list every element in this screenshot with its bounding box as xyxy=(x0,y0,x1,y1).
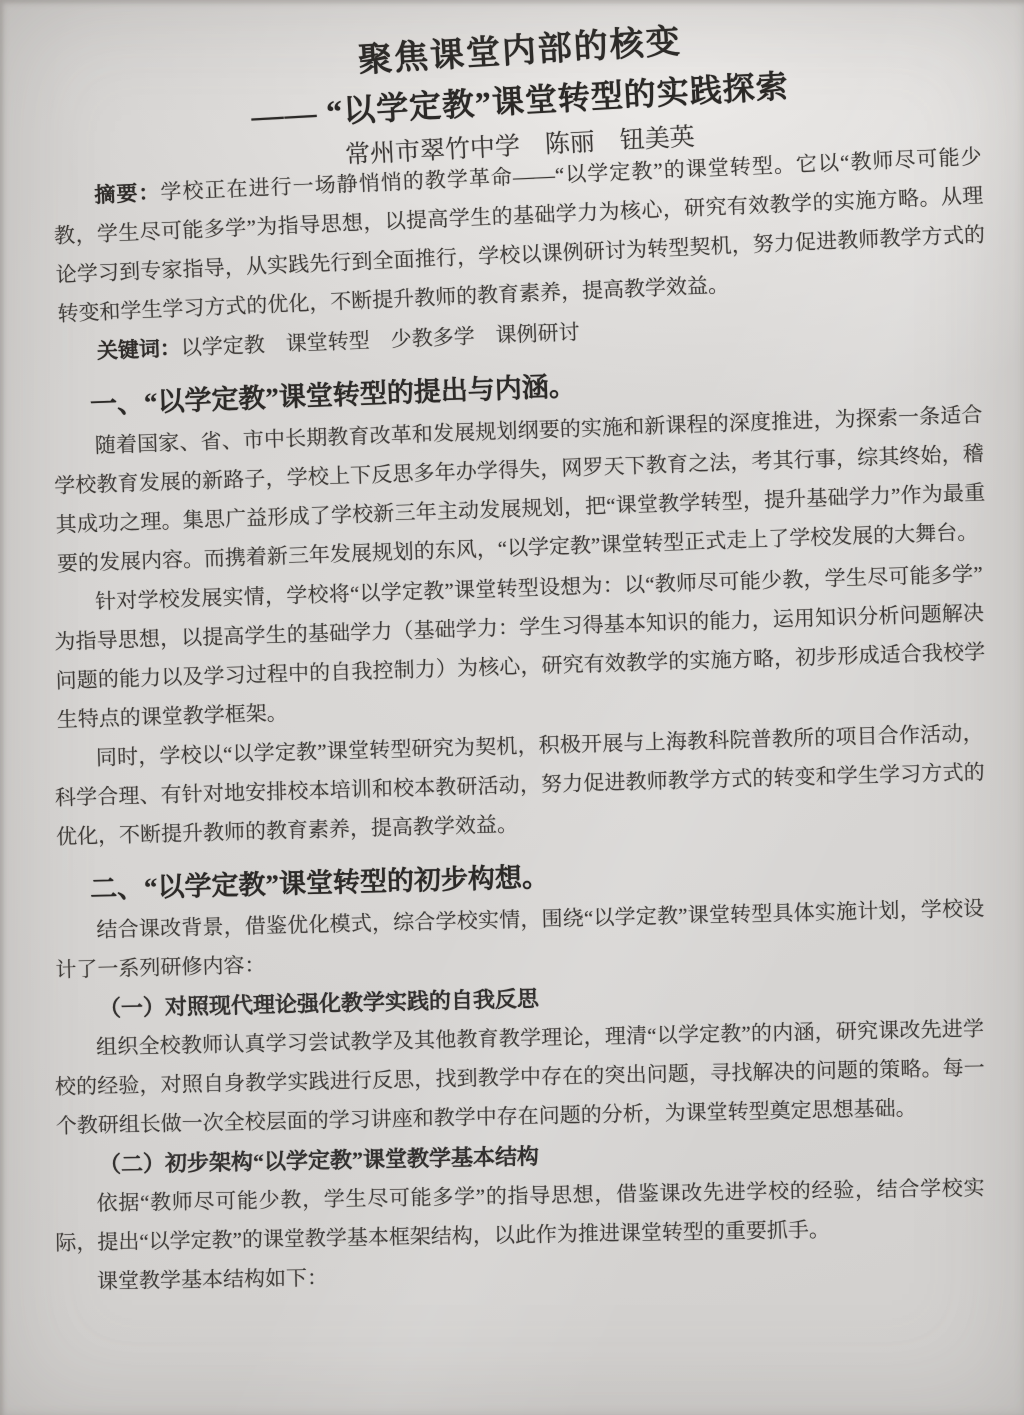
abstract-label: 摘要： xyxy=(94,180,161,207)
section-1-paragraph-1: 随着国家、省、市中长期教育改革和发展规划纲要的实施和新课程的深度推进，为探索一条… xyxy=(52,396,987,584)
keywords-label: 关键词： xyxy=(96,336,181,363)
keywords-text: 以学定教 课堂转型 少教多学 课例研讨 xyxy=(180,320,580,360)
abstract-text: 学校正在进行一场静悄悄的教学革命——“以学定教”的课堂转型。它以“教师尽可能少教… xyxy=(54,145,986,326)
photographed-paper-page: 聚焦课堂内部的核变 —— “以学定教”课堂转型的实践探索 常州市翠竹中学 陈丽 … xyxy=(0,0,1024,1415)
section-1-paragraph-3: 同时，学校以“以学定教”课堂转型研究为契机，积极开展与上海教科院普教所的项目合作… xyxy=(53,714,986,857)
subsection-1-paragraph: 组织全校教师认真学习尝试教学及其他教育教学理论，理清“以学定教”的内涵，研究课改… xyxy=(54,1010,986,1146)
subsection-2-paragraph-1: 依据“教师尽可能少教，学生尽可能多学”的指导思想，借鉴课改先进学校的经验，结合学… xyxy=(54,1169,985,1263)
page-content: 聚焦课堂内部的核变 —— “以学定教”课堂转型的实践探索 常州市翠竹中学 陈丽 … xyxy=(55,30,985,1302)
section-1-paragraph-2: 针对学校发展实情，学校将“以学定教”课堂转型设想为：以“教师尽可能少教，学生尽可… xyxy=(53,555,987,740)
